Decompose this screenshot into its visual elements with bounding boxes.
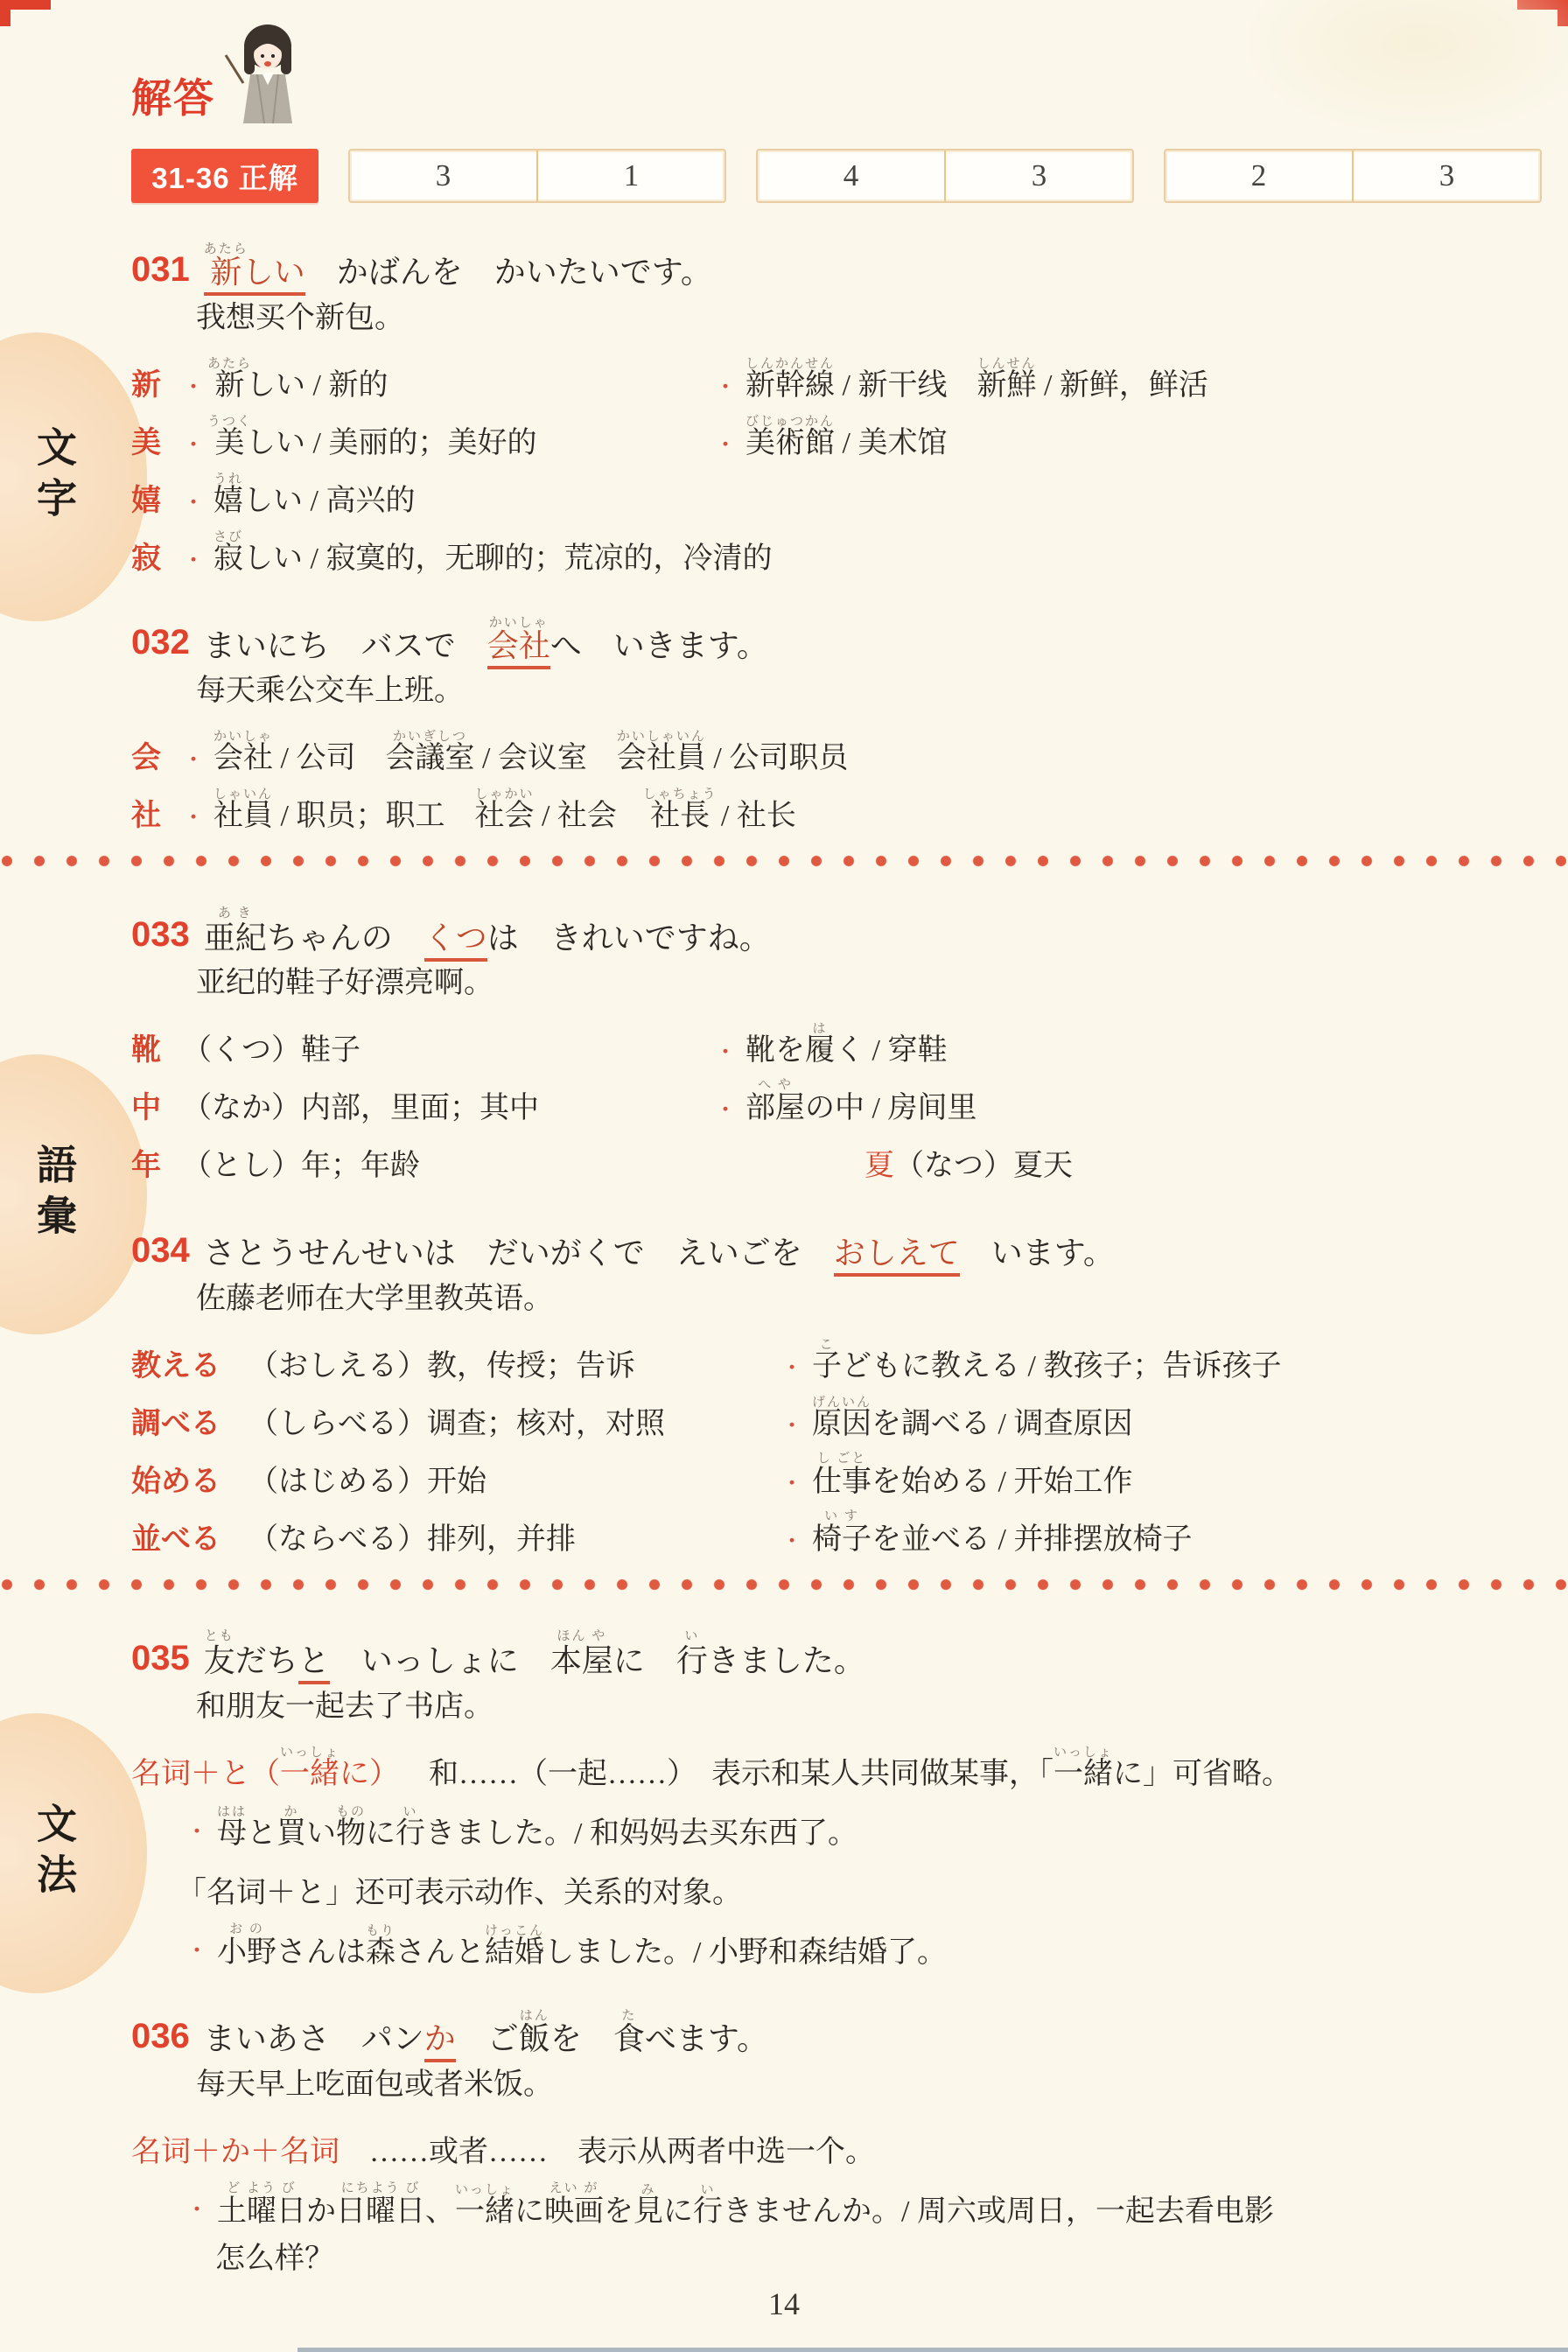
question-sentence: 亜紀あ きちゃんの くつは きれいですね。 [204, 906, 771, 956]
question-035: 035 友ともだちと いっしょに 本屋ほん やに 行いきました。 和朋友一起去了… [131, 1618, 1542, 1970]
scan-artifact-line [297, 2348, 1568, 2352]
question-line: 034 さとうせんせいは だいがくで えいごを おしえて います。 [131, 1210, 1542, 1271]
question-translation: 亚纪的鞋子好漂亮啊。 [196, 964, 1542, 1003]
vocab-definition: ・寂さびしい / 寂寞的，无聊的；荒凉的，冷清的 [182, 530, 1542, 576]
section-divider-dots [0, 854, 1568, 868]
sidebar-tab-characters: 文字 [0, 332, 147, 621]
vocab-example: ・子こどもに教える / 教孩子；告诉孩子 [780, 1338, 1542, 1383]
vocab-definition: ・新あたらしい / 新的 [182, 357, 714, 402]
vocab-headword: 並べる [131, 1523, 248, 1557]
vocab-headword: 教える [131, 1350, 248, 1383]
vocab-definition: ・社員しゃいん / 职员；职工 社会しゃかい / 社会 社長しゃちょう / 社长 [182, 787, 1542, 833]
question-number: 036 [131, 2019, 190, 2057]
question-number: 033 [131, 917, 190, 955]
question-sentence: まいあさ パンか ご飯はんを 食たべます。 [204, 2009, 768, 2057]
vocab-definition: （なか）内部，里面；其中 [182, 1092, 714, 1125]
vocab-row: 嬉 ・嬉うれしい / 高兴的 [131, 464, 1542, 518]
vocab-headword: 新 [131, 369, 182, 402]
vocab-definition: （とし）年；年龄 [182, 1150, 714, 1183]
vocab-headword: 美 [131, 427, 182, 460]
question-number: 035 [131, 1641, 190, 1679]
vocab-headword: 会 [131, 742, 182, 775]
grammar-pattern: 名词＋と（一緒いっしょに） 和……（一起……） 表示和某人共同做某事，「一緒いっ… [131, 1737, 1542, 1791]
question-line: 035 友ともだちと いっしょに 本屋ほん やに 行いきました。 [131, 1618, 1542, 1679]
vocab-example: ・原因げんいんを調べる / 调查原因 [780, 1396, 1542, 1441]
vocab-row: 新 ・新あたらしい / 新的 ・新幹線しんかんせん / 新干线 新鮮しんせん /… [131, 348, 1542, 402]
question-translation: 每天乘公交车上班。 [196, 672, 1542, 710]
page-header: 解答 [131, 19, 1542, 126]
vocab-headword: 寂 [131, 542, 182, 576]
question-line: 032 まいにち バスで 会社かいしゃへ いきます。 [131, 602, 1542, 663]
vocab-example: ・新幹線しんかんせん / 新干线 新鮮しんせん / 新鲜，鲜活 [714, 357, 1542, 402]
page-number: 14 [0, 2285, 1568, 2322]
vocab-example: ・部屋へ やの中 / 房间里 [714, 1078, 1542, 1125]
vocab-headword: 靴 [131, 1034, 182, 1067]
vocab-example: ・靴を履はく / 穿鞋 [714, 1022, 1542, 1067]
sidebar-tab-label: 語彙 [24, 1144, 82, 1245]
vocab-row: 美 ・美うつくしい / 美丽的；美好的 ・美術館びじゅつかん / 美术馆 [131, 406, 1542, 460]
answer-key-row: 31-36 正解 3 1 4 3 2 3 [131, 149, 1542, 203]
vocab-row: 会 ・会社かいしゃ / 公司 会議室かいぎしつ / 会议室 会社員かいしゃいん … [131, 721, 1542, 775]
vocab-headword: 社 [131, 800, 182, 833]
vocab-row: 始める （はじめる）开始 ・仕事し ごとを始める / 开始工作 [131, 1445, 1542, 1499]
grammar-example: ・母ははと買かい物ものに行いきました。/ 和妈妈去买东西了。 [185, 1796, 1542, 1851]
section-divider-dots [0, 1578, 1568, 1592]
answers-heading: 解答 [131, 66, 215, 126]
answer-cell-36: 3 [1352, 150, 1540, 201]
vocab-row: 中 （なか）内部，里面；其中 ・部屋へ やの中 / 房间里 [131, 1072, 1542, 1126]
question-number: 031 [131, 252, 190, 290]
answer-cell-33: 4 [758, 150, 944, 201]
question-034: 034 さとうせんせいは だいがくで えいごを おしえて います。 佐藤老师在大… [131, 1210, 1542, 1557]
vocab-definition: （くつ）鞋子 [182, 1034, 714, 1067]
vocab-example: ・美術館びじゅつかん / 美术馆 [714, 415, 1542, 460]
pointer-stick [226, 55, 243, 83]
vocab-definition: （ならべる）排列，并排 [248, 1523, 780, 1557]
answer-cell-34: 3 [944, 150, 1132, 201]
question-sentence: 友ともだちと いっしょに 本屋ほん やに 行いきました。 [204, 1629, 865, 1679]
grammar-example: ・小野お のさんは森もりさんと結婚けっこんしました。/ 小野和森结婚了。 [185, 1915, 1542, 1970]
question-sentence: さとうせんせいは だいがくで えいごを おしえて います。 [204, 1236, 1115, 1271]
question-line: 031 新あたらしい かばんを かいたいです。 [131, 229, 1542, 290]
question-sentence: まいにち バスで 会社かいしゃへ いきます。 [204, 616, 768, 664]
vocab-headword: 嬉 [131, 485, 182, 518]
page-content: 解答 31-36 正解 [131, 19, 1542, 2281]
vocab-headword: 始める [131, 1466, 248, 1499]
vocab-definition: （しらべる）调查；核对，对照 [248, 1408, 780, 1441]
answer-group-1: 3 1 [348, 149, 726, 203]
question-translation: 我想买个新包。 [196, 299, 1542, 338]
vocab-row: 教える （おしえる）教，传授；告诉 ・子こどもに教える / 教孩子；告诉孩子 [131, 1329, 1542, 1383]
vocab-row: 靴 （くつ）鞋子 ・靴を履はく / 穿鞋 [131, 1014, 1542, 1068]
answer-cell-32: 1 [536, 150, 724, 201]
grammar-example: ・土曜日ど よう びか日曜日にちよう び、一緒いっしょに映画えい がを見みに行い… [185, 2174, 1542, 2229]
question-sentence: 新あたらしい かばんを かいたいです。 [204, 242, 712, 290]
answer-group-2: 4 3 [756, 149, 1134, 203]
question-032: 032 まいにち バスで 会社かいしゃへ いきます。 每天乘公交车上班。 会 ・… [131, 602, 1542, 833]
vocab-headword: 中 [131, 1092, 182, 1125]
question-translation: 和朋友一起去了书店。 [196, 1688, 1542, 1726]
vocab-definition: ・美うつくしい / 美丽的；美好的 [182, 415, 714, 460]
grammar-pattern: 名词＋か＋名词 ……或者…… 表示从两者中选一个。 [131, 2115, 1542, 2169]
vocab-definition: （おしえる）教，传授；告诉 [248, 1350, 780, 1383]
vocab-definition: （はじめる）开始 [248, 1466, 780, 1499]
sidebar-tab-grammar: 文法 [0, 1713, 147, 1993]
vocab-row: 社 ・社員しゃいん / 职员；职工 社会しゃかい / 社会 社長しゃちょう / … [131, 779, 1542, 833]
vocab-example: ・椅子い すを並べる / 并排摆放椅子 [780, 1509, 1542, 1557]
answer-cell-31: 3 [350, 150, 536, 201]
answer-cell-35: 2 [1165, 150, 1352, 201]
vocab-extra-entry: 夏（なつ）夏天 [714, 1150, 1542, 1183]
answer-key-label: 31-36 正解 [131, 149, 318, 203]
question-line: 036 まいあさ パンか ご飯はんを 食たべます。 [131, 1996, 1542, 2057]
sidebar-tab-vocabulary: 語彙 [0, 1054, 147, 1334]
question-036: 036 まいあさ パンか ご飯はんを 食たべます。 每天早上吃面包或者米饭。 名… [131, 1996, 1542, 2276]
teacher-avatar-illustration [222, 20, 313, 129]
grammar-note: 「名词＋と」还可表示动作、关系的对象。 [177, 1856, 1542, 1910]
textbook-page: 文字 語彙 文法 解答 [0, 0, 1568, 2352]
vocab-definition: ・会社かいしゃ / 公司 会議室かいぎしつ / 会议室 会社員かいしゃいん / … [182, 730, 1542, 775]
vocab-row: 年 （とし）年；年龄 夏（なつ）夏天 [131, 1130, 1542, 1184]
answer-group-3: 2 3 [1164, 149, 1542, 203]
vocab-headword: 調べる [131, 1408, 248, 1441]
corner-mark-top-left-vertical [0, 0, 10, 26]
vocab-row: 寂 ・寂さびしい / 寂寞的，无聊的；荒凉的，冷清的 [131, 521, 1542, 576]
vocab-row: 調べる （しらべる）调查；核对，对照 ・原因げんいんを調べる / 调查原因 [131, 1387, 1542, 1441]
vocab-definition: ・嬉うれしい / 高兴的 [182, 472, 1542, 518]
question-translation: 佐藤老师在大学里教英语。 [196, 1280, 1542, 1319]
question-number: 032 [131, 625, 190, 663]
vocab-example: ・仕事し ごとを始める / 开始工作 [780, 1452, 1542, 1499]
vocab-row: 並べる （ならべる）排列，并排 ・椅子い すを並べる / 并排摆放椅子 [131, 1502, 1542, 1557]
sidebar-tab-label: 文法 [24, 1802, 82, 1904]
grammar-example-continuation: 怎么样？ [215, 2234, 1542, 2276]
question-number: 034 [131, 1233, 190, 1271]
question-031: 031 新あたらしい かばんを かいたいです。 我想买个新包。 新 ・新あたらし… [131, 229, 1542, 576]
question-033: 033 亜紀あ きちゃんの くつは きれいですね。 亚纪的鞋子好漂亮啊。 靴 （… [131, 894, 1542, 1183]
question-line: 033 亜紀あ きちゃんの くつは きれいですね。 [131, 894, 1542, 955]
vocab-headword: 年 [131, 1150, 182, 1183]
sidebar-tab-label: 文字 [24, 426, 82, 528]
question-translation: 每天早上吃面包或者米饭。 [196, 2066, 1542, 2104]
